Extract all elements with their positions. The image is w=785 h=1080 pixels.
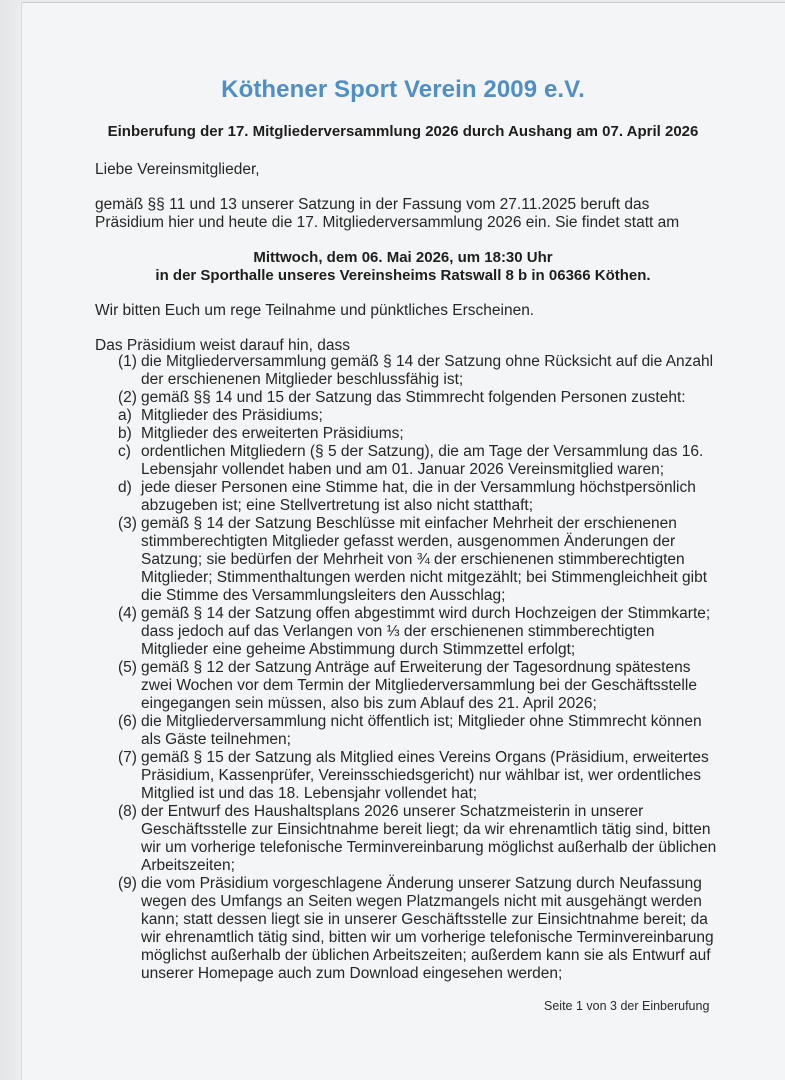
list-item: c)ordentlichen Mitgliedern (§ 5 der Satz…	[118, 443, 716, 479]
list-item-line: Mitglieder; Stimmenthaltungen werden nic…	[141, 569, 716, 587]
list-item-line: Mitglied ist und das 18. Lebensjahr voll…	[141, 785, 716, 803]
list-marker: (4)	[118, 605, 137, 623]
list-item-line: die Mitgliederversammlung gemäß § 14 der…	[141, 353, 716, 371]
list-item-line: Mitglieder eine geheime Abstimmung durch…	[141, 641, 716, 659]
document-subtitle: Einberufung der 17. Mitgliederversammlun…	[0, 123, 785, 140]
list-item-line: Satzung; sie bedürfen der Mehrheit von ¾…	[141, 551, 716, 569]
list-marker: (5)	[118, 659, 137, 677]
list-item-line: zwei Wochen vor dem Termin der Mitgliede…	[141, 677, 716, 695]
list-item-line: möglichst außerhalb der üblichen Arbeits…	[141, 947, 716, 965]
list-item: (9)die vom Präsidium vorgeschlagene Ände…	[118, 875, 716, 983]
list-item-line: Lebensjahr vollendet haben und am 01. Ja…	[141, 461, 716, 479]
meeting-date: Mittwoch, dem 06. Mai 2026, um 18:30 Uhr	[0, 249, 785, 267]
list-item-line: als Gäste teilnehmen;	[141, 731, 716, 749]
list-marker: b)	[118, 425, 132, 443]
list-item: (7)gemäß § 15 der Satzung als Mitglied e…	[118, 749, 716, 803]
list-item-line: ordentlichen Mitgliedern (§ 5 der Satzun…	[141, 443, 716, 461]
list-item: (6)die Mitgliederversammlung nicht öffen…	[118, 713, 716, 749]
list-item-line: die vom Präsidium vorgeschlagene Änderun…	[141, 875, 716, 893]
list-marker: (3)	[118, 515, 137, 533]
club-title: Köthener Sport Verein 2009 e.V.	[0, 76, 785, 104]
list-item-line: unserer Homepage auch zum Download einge…	[141, 965, 716, 983]
list-item-line: eingegangen sein müssen, also bis zum Ab…	[141, 695, 716, 713]
intro-line-1: gemäß §§ 11 und 13 unserer Satzung in de…	[95, 196, 649, 214]
list-item-line: die Stimme des Versammlungsleiters den A…	[141, 587, 716, 605]
list-item-line: dass jedoch auf das Verlangen von ⅓ der …	[141, 623, 716, 641]
list-item-line: der erschienenen Mitglieder beschlussfäh…	[141, 371, 716, 389]
list-marker: d)	[118, 479, 132, 497]
list-item-line: die Mitgliederversammlung nicht öffentli…	[141, 713, 716, 731]
list-item-line: wir um vorherige telefonische Terminvere…	[141, 839, 716, 857]
list-item-line: wegen des Umfangs an Seiten wegen Platzm…	[141, 893, 716, 911]
greeting: Liebe Vereinsmitglieder,	[95, 161, 260, 179]
attendance-request: Wir bitten Euch um rege Teilnahme und pü…	[95, 302, 534, 320]
list-item: b)Mitglieder des erweiterten Präsidiums;	[118, 425, 716, 443]
list-item: d)jede dieser Personen eine Stimme hat, …	[118, 479, 716, 515]
list-marker: (7)	[118, 749, 137, 767]
list-item: (3)gemäß § 14 der Satzung Beschlüsse mit…	[118, 515, 716, 605]
list-item-line: kann; statt dessen liegt sie in unserer …	[141, 911, 716, 929]
list-item-line: gemäß §§ 14 und 15 der Satzung das Stimm…	[141, 389, 716, 407]
meeting-location: in der Sporthalle unseres Vereinsheims R…	[0, 267, 785, 285]
list-item: (4)gemäß § 14 der Satzung offen abgestim…	[118, 605, 716, 659]
notice-list: (1)die Mitgliederversammlung gemäß § 14 …	[118, 353, 716, 983]
list-item-line: wir ehrenamtlich tätig sind, bitten wir …	[141, 929, 716, 947]
list-item-line: jede dieser Personen eine Stimme hat, di…	[141, 479, 716, 497]
intro-line-2: Präsidium hier und heute die 17. Mitglie…	[95, 214, 679, 232]
page-footer: Seite 1 von 3 der Einberufung	[544, 999, 709, 1013]
list-item-line: der Entwurf des Haushaltsplans 2026 unse…	[141, 803, 716, 821]
list-item: (5)gemäß § 12 der Satzung Anträge auf Er…	[118, 659, 716, 713]
list-item: (2)gemäß §§ 14 und 15 der Satzung das St…	[118, 389, 716, 407]
list-marker: (8)	[118, 803, 137, 821]
list-item-line: Präsidium, Kassenprüfer, Vereinsschiedsg…	[141, 767, 716, 785]
list-item-line: gemäß § 15 der Satzung als Mitglied eine…	[141, 749, 716, 767]
scan-edge	[0, 0, 22, 1080]
list-item: a)Mitglieder des Präsidiums;	[118, 407, 716, 425]
list-marker: (1)	[118, 353, 137, 371]
list-item-line: gemäß § 14 der Satzung Beschlüsse mit ei…	[141, 515, 716, 533]
list-marker: (2)	[118, 389, 137, 407]
list-item-line: Geschäftsstelle zur Einsichtnahme bereit…	[141, 821, 716, 839]
list-item-line: stimmberechtigten Mitglieder gefasst wer…	[141, 533, 716, 551]
list-marker: (6)	[118, 713, 137, 731]
list-item-line: gemäß § 12 der Satzung Anträge auf Erwei…	[141, 659, 716, 677]
list-marker: a)	[118, 407, 132, 425]
list-item-line: abzugeben ist; eine Stellvertretung ist …	[141, 497, 716, 515]
list-marker: (9)	[118, 875, 137, 893]
list-marker: c)	[118, 443, 131, 461]
list-item: (1)die Mitgliederversammlung gemäß § 14 …	[118, 353, 716, 389]
list-item-line: Mitglieder des erweiterten Präsidiums;	[141, 425, 716, 443]
list-item-line: gemäß § 14 der Satzung offen abgestimmt …	[141, 605, 716, 623]
list-item-line: Arbeitszeiten;	[141, 857, 716, 875]
list-item-line: Mitglieder des Präsidiums;	[141, 407, 716, 425]
list-item: (8)der Entwurf des Haushaltsplans 2026 u…	[118, 803, 716, 875]
